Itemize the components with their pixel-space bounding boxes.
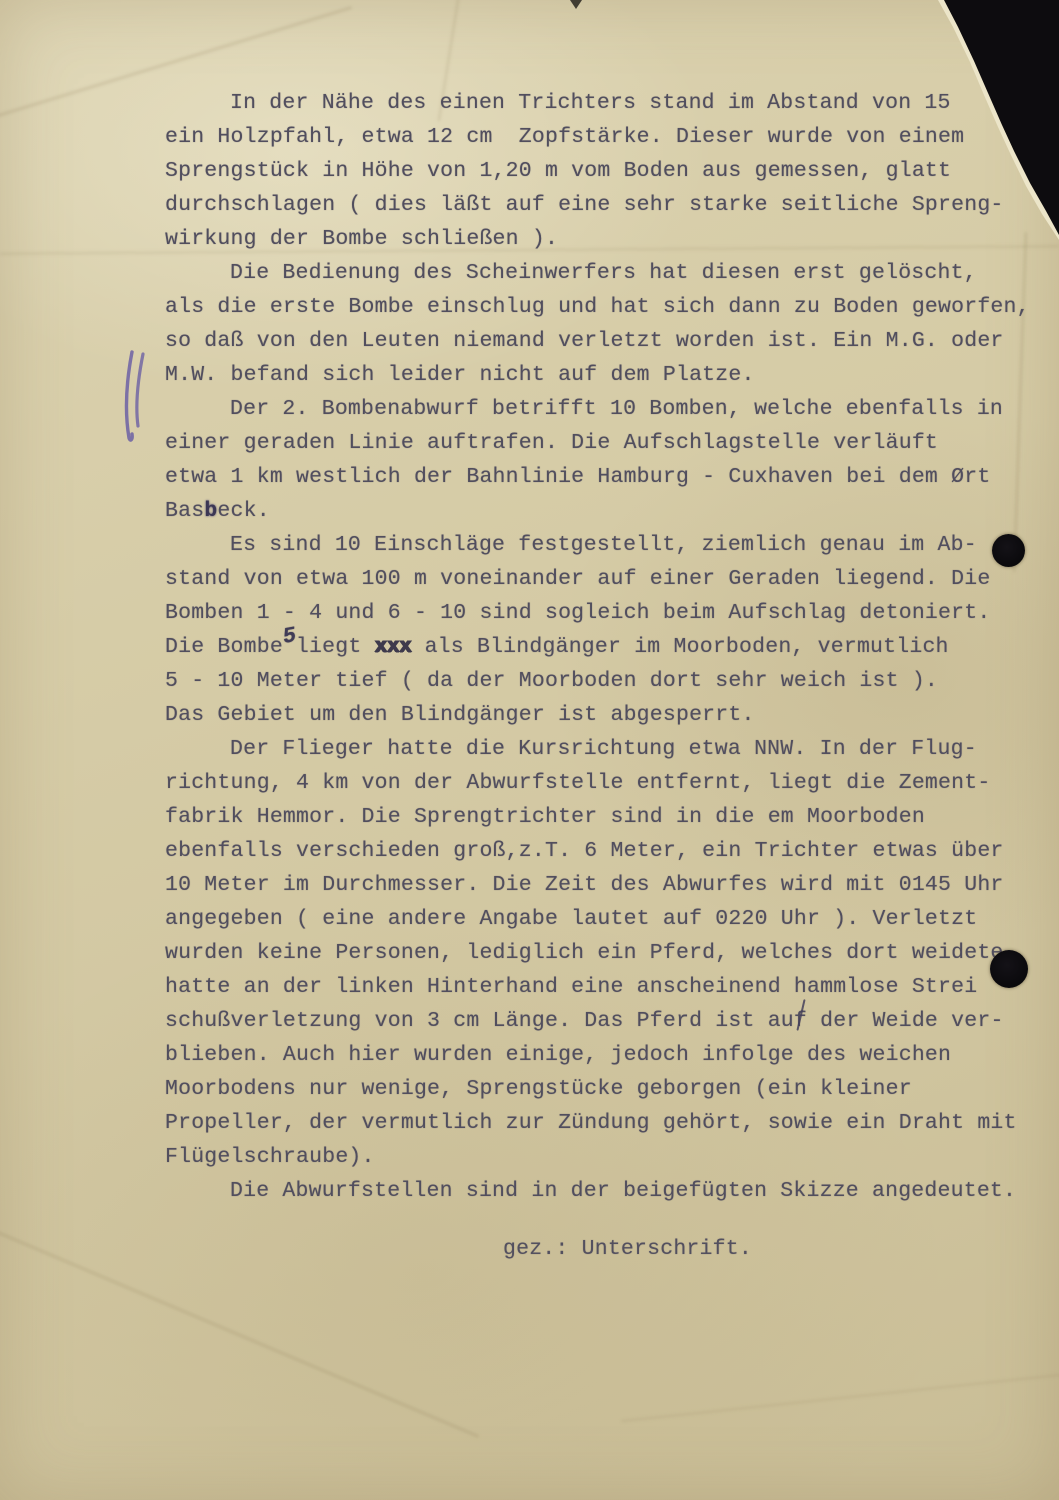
- text-line: ebenfalls verschieden groß,z.T. 6 Meter,…: [165, 834, 1059, 868]
- struck-out-text: xxx: [375, 635, 412, 659]
- typewritten-text-block: In der Nähe des einen Trichters stand im…: [165, 86, 1059, 1208]
- text-segment: angegeben ( eine andere Angabe lautet au…: [165, 907, 977, 931]
- text-segment: Sprengstück in Höhe von 1,20 m vom Boden…: [165, 159, 951, 183]
- text-line: etwa 1 km westlich der Bahnlinie Hamburg…: [165, 460, 1059, 494]
- text-segment: Die Bedienung des Scheinwerfers hat dies…: [230, 261, 977, 285]
- text-segment: blieben. Auch hier wurden einige, jedoch…: [165, 1043, 951, 1067]
- text-segment: 5 - 10 Meter tief ( da der Moorboden dor…: [165, 669, 938, 693]
- text-line: Flügelschraube).: [165, 1140, 1059, 1174]
- text-segment: hatte an der linken Hinterhand eine ansc…: [165, 975, 977, 999]
- text-line: blieben. Auch hier wurden einige, jedoch…: [165, 1038, 1059, 1072]
- text-segment: Propeller, der vermutlich zur Zündung ge…: [165, 1111, 1017, 1135]
- text-line: Es sind 10 Einschläge festgestellt, ziem…: [165, 528, 1059, 562]
- text-segment: In der Nähe des einen Trichters stand im…: [230, 91, 951, 115]
- text-segment: durchschlagen ( dies läßt auf eine sehr …: [165, 193, 1004, 217]
- text-line: Die Bombe5liegt xxx als Blindgänger im M…: [165, 630, 1059, 664]
- text-line: Sprengstück in Höhe von 1,20 m vom Boden…: [165, 154, 1059, 188]
- text-line: Der Flieger hatte die Kursrichtung etwa …: [165, 732, 1059, 766]
- text-segment: richtung, 4 km von der Abwurfstelle entf…: [165, 771, 990, 795]
- text-line: Basbeck.: [165, 494, 1059, 528]
- text-segment: fabrik Hemmor. Die Sprengtrichter sind i…: [165, 805, 925, 829]
- text-line: In der Nähe des einen Trichters stand im…: [165, 86, 1059, 120]
- text-segment: etwa 1 km westlich der Bahnlinie Hamburg…: [165, 465, 990, 489]
- text-segment: als die erste Bombe einschlug und hat si…: [165, 295, 1030, 319]
- text-segment: einer geraden Linie auftrafen. Die Aufsc…: [165, 431, 938, 455]
- text-segment: stand von etwa 100 m voneinander auf ein…: [165, 567, 990, 591]
- text-segment: als Blindgänger im Moorboden, vermutlich: [411, 635, 948, 659]
- text-line: richtung, 4 km von der Abwurfstelle entf…: [165, 766, 1059, 800]
- text-segment: M.W. befand sich leider nicht auf dem Pl…: [165, 363, 755, 387]
- text-line: 10 Meter im Durchmesser. Die Zeit des Ab…: [165, 868, 1059, 902]
- text-segment: Flügelschraube).: [165, 1145, 375, 1169]
- text-segment: wirkung der Bombe schließen ).: [165, 227, 558, 251]
- text-line: Der 2. Bombenabwurf betrifft 10 Bomben, …: [165, 392, 1059, 426]
- text-line: Bomben 1 - 4 und 6 - 10 sind sogleich be…: [165, 596, 1059, 630]
- text-segment: ein Holzpfahl, etwa 12 cm Zopfstärke. Di…: [165, 125, 964, 149]
- punch-hole: [992, 534, 1025, 567]
- text-segment: 10 Meter im Durchmesser. Die Zeit des Ab…: [165, 873, 1004, 897]
- text-line: stand von etwa 100 m voneinander auf ein…: [165, 562, 1059, 596]
- text-segment: liegt: [296, 635, 375, 659]
- text-line: fabrik Hemmor. Die Sprengtrichter sind i…: [165, 800, 1059, 834]
- text-line: als die erste Bombe einschlug und hat si…: [165, 290, 1059, 324]
- text-segment: Die Bombe: [165, 635, 283, 659]
- text-line: ein Holzpfahl, etwa 12 cm Zopfstärke. Di…: [165, 120, 1059, 154]
- text-line: Die Abwurfstellen sind in der beigefügte…: [165, 1174, 1059, 1208]
- text-line: 5 - 10 Meter tief ( da der Moorboden dor…: [165, 664, 1059, 698]
- text-line: einer geraden Linie auftrafen. Die Aufsc…: [165, 426, 1059, 460]
- text-segment: ebenfalls verschieden groß,z.T. 6 Meter,…: [165, 839, 1004, 863]
- text-segment: Bas: [165, 499, 204, 523]
- text-segment: Es sind 10 Einschläge festgestellt, ziem…: [230, 533, 977, 557]
- text-segment: Moorbodens nur wenige, Sprengstücke gebo…: [165, 1077, 912, 1101]
- text-line: Das Gebiet um den Blindgänger ist abgesp…: [165, 698, 1059, 732]
- text-segment: der Weide ver-: [807, 1009, 1004, 1033]
- handwritten-margin-mark-icon: [116, 346, 160, 446]
- text-segment: Der Flieger hatte die Kursrichtung etwa …: [230, 737, 977, 761]
- text-line: schußverletzung von 3 cm Länge. Das Pfer…: [165, 1004, 1059, 1038]
- text-segment: eck.: [217, 499, 269, 523]
- signature-line: gez.: Unterschrift.: [503, 1237, 752, 1261]
- text-line: Propeller, der vermutlich zur Zündung ge…: [165, 1106, 1059, 1140]
- text-line: angegeben ( eine andere Angabe lautet au…: [165, 902, 1059, 936]
- pen-struck-letter: f: [794, 1004, 807, 1038]
- text-segment: Die Abwurfstellen sind in der beigefügte…: [230, 1179, 1016, 1203]
- text-segment: schußverletzung von 3 cm Länge. Das Pfer…: [165, 1009, 794, 1033]
- text-line: M.W. befand sich leider nicht auf dem Pl…: [165, 358, 1059, 392]
- text-line: Die Bedienung des Scheinwerfers hat dies…: [165, 256, 1059, 290]
- scanned-document-page: In der Nähe des einen Trichters stand im…: [0, 0, 1059, 1500]
- text-line: durchschlagen ( dies läßt auf eine sehr …: [165, 188, 1059, 222]
- ink-corrected-letter: b: [204, 499, 217, 523]
- text-segment: wurden keine Personen, lediglich ein Pfe…: [165, 941, 1017, 965]
- text-line: hatte an der linken Hinterhand eine ansc…: [165, 970, 1059, 1004]
- text-line: wurden keine Personen, lediglich ein Pfe…: [165, 936, 1059, 970]
- text-segment: Der 2. Bombenabwurf betrifft 10 Bomben, …: [230, 397, 1003, 421]
- punch-hole: [990, 950, 1028, 988]
- text-line: wirkung der Bombe schließen ).: [165, 222, 1059, 256]
- text-segment: Das Gebiet um den Blindgänger ist abgesp…: [165, 703, 755, 727]
- text-line: Moorbodens nur wenige, Sprengstücke gebo…: [165, 1072, 1059, 1106]
- text-segment: so daß von den Leuten niemand verletzt w…: [165, 329, 1004, 353]
- text-line: so daß von den Leuten niemand verletzt w…: [165, 324, 1059, 358]
